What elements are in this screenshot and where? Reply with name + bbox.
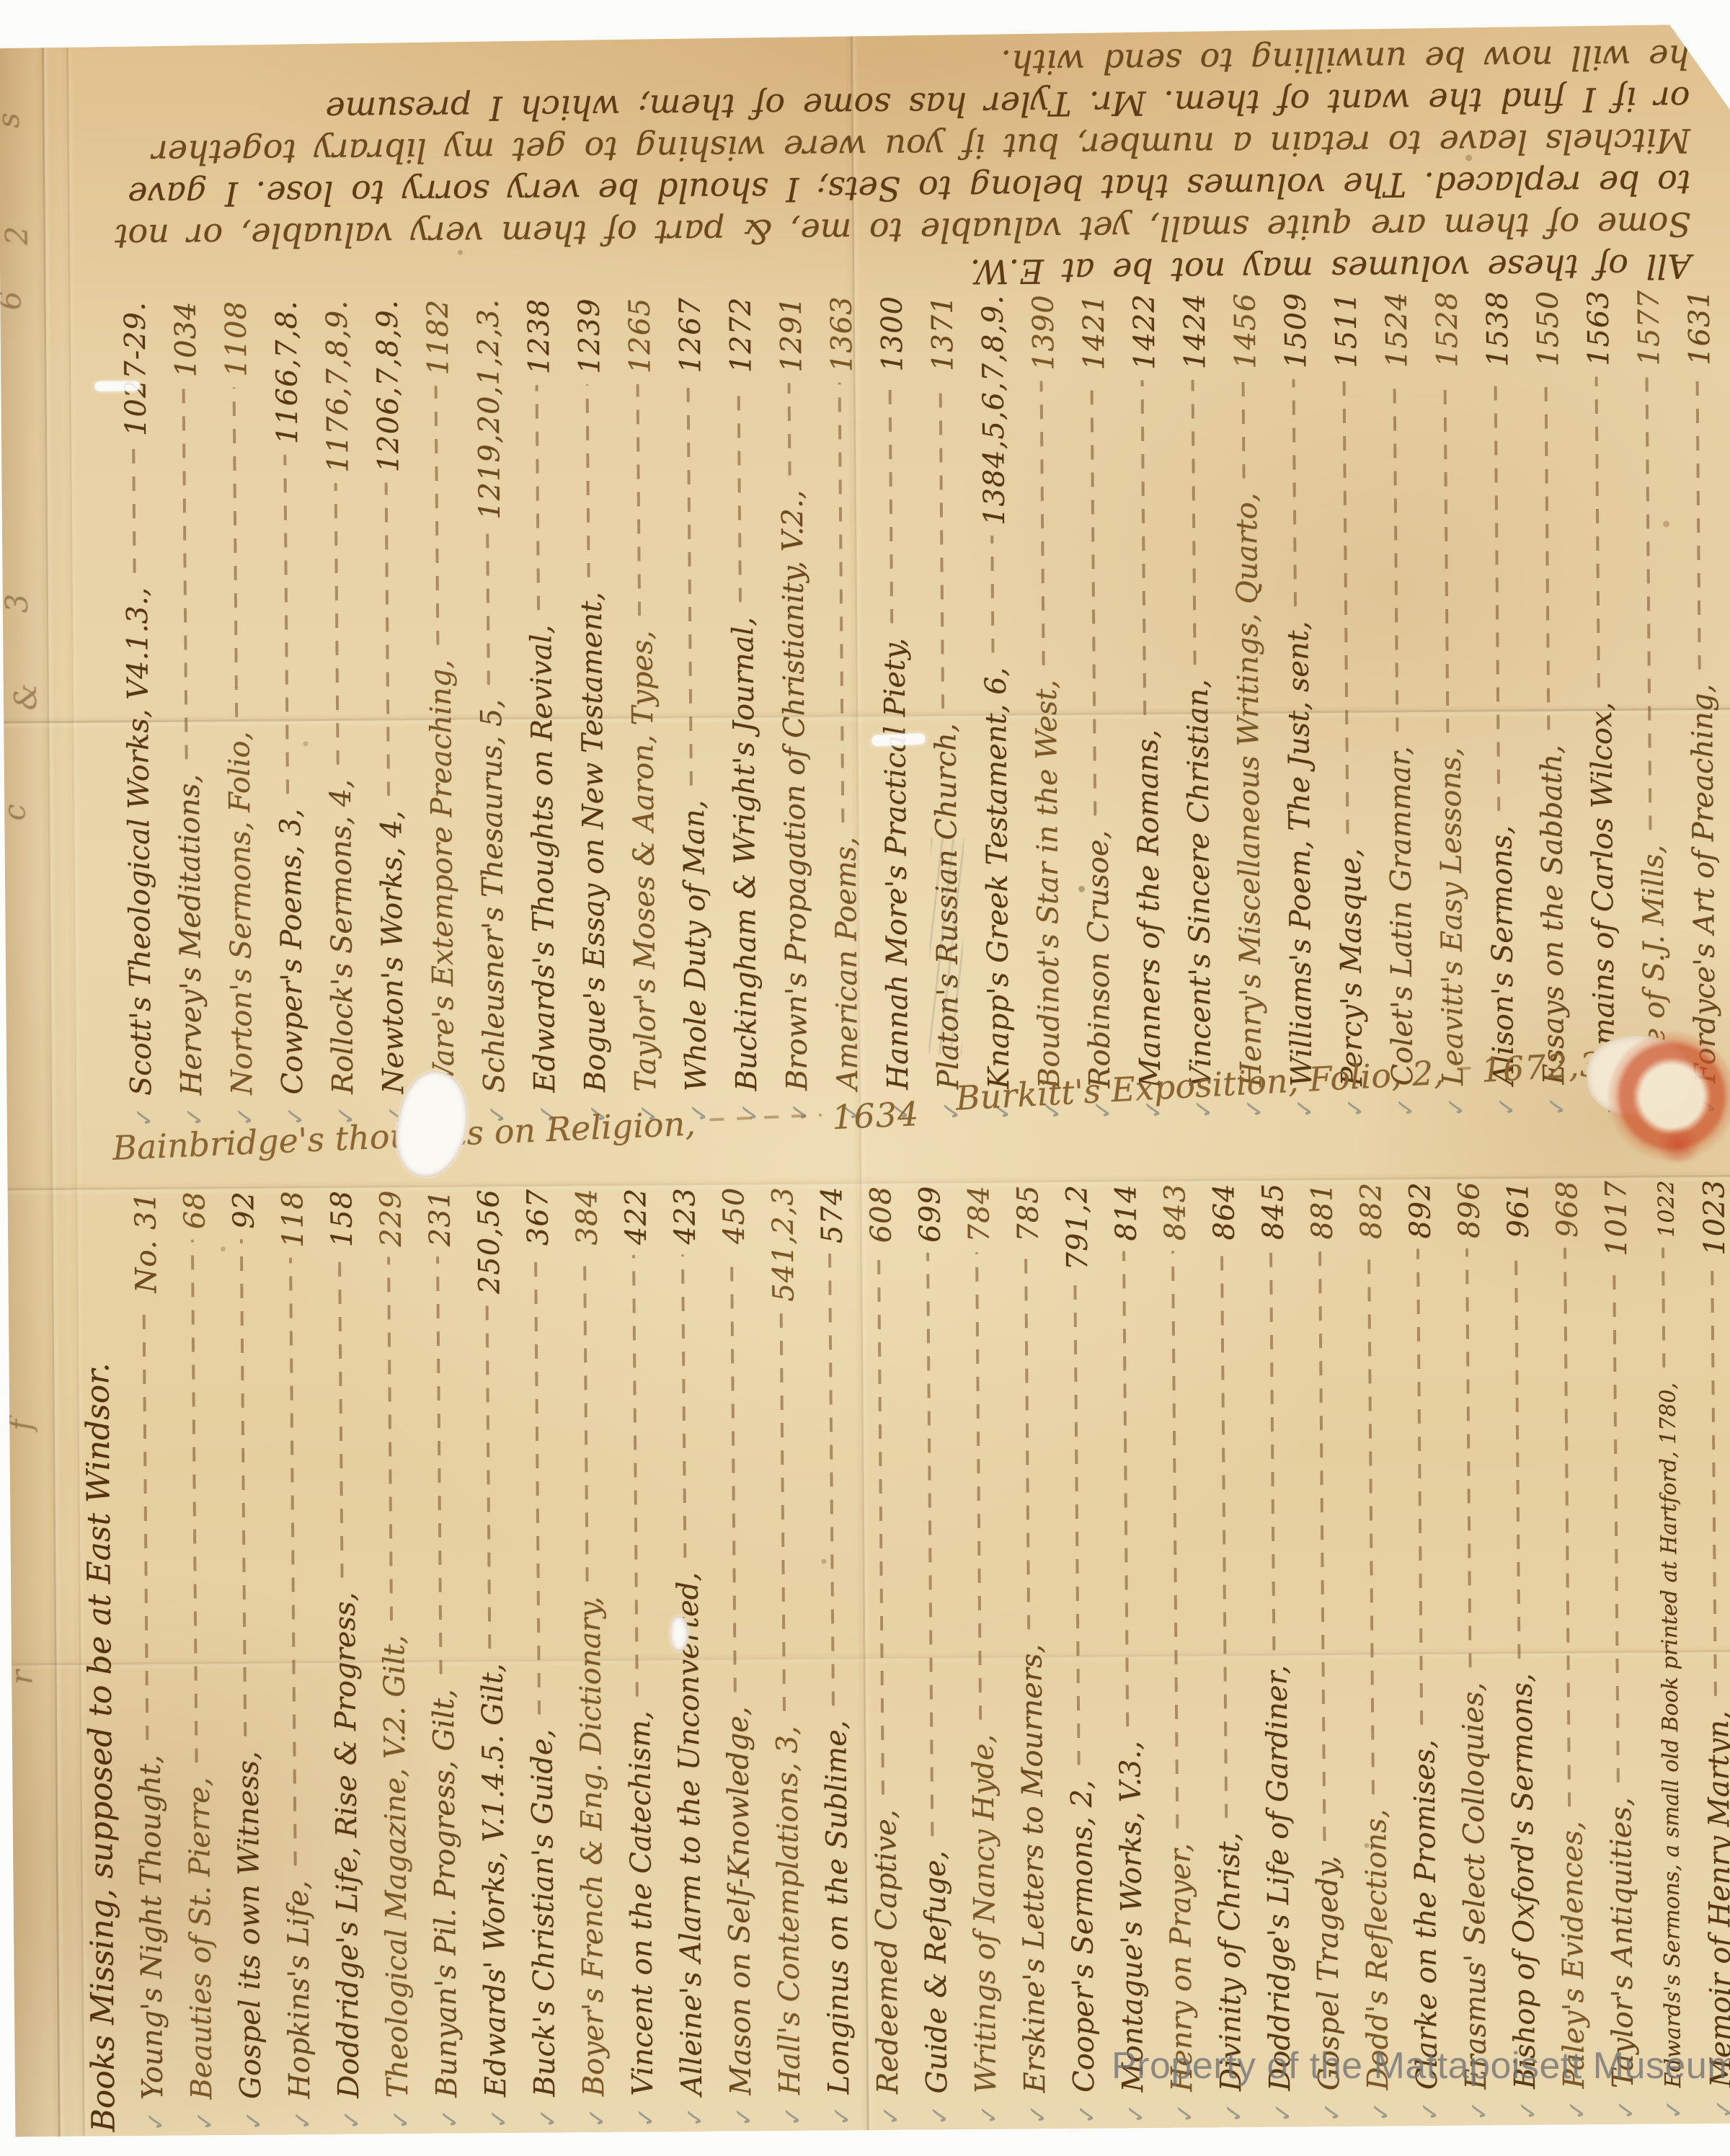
book-title: Clarke on the Promises, — [1400, 1739, 1452, 2090]
checkmark-icon: ✓ — [1357, 2090, 1406, 2122]
dash-leader — [709, 1114, 822, 1122]
list-item: ✓ Henry's Miscellaneous Writings, Quarto… — [1220, 293, 1277, 1119]
checkmark-icon: ✓ — [1063, 2093, 1112, 2125]
book-title: Henry's Miscellaneous Writings, Quarto, — [1222, 492, 1277, 1087]
catalogue-number: 1634 — [831, 1092, 921, 1139]
list-item: ✓ Manners of the Romans, 1422 — [1119, 293, 1176, 1120]
dash-leader — [1563, 1248, 1571, 1806]
book-title: Guide & Refuge, — [911, 1850, 962, 2094]
checkmark-icon: ✓ — [719, 2095, 768, 2127]
dash-leader — [939, 381, 945, 709]
book-title: Redeemed Captive, — [861, 1809, 913, 2094]
list-item: ✓ Leavitt's Easy Lessons, 1528 — [1422, 291, 1479, 1118]
dash-leader — [1458, 1067, 1470, 1070]
dash-leader — [1465, 1248, 1472, 1668]
checkmark-icon: ✓ — [866, 2094, 915, 2126]
catalogue-number: 896 — [1445, 1181, 1494, 1238]
dash-leader — [1646, 376, 1652, 830]
list-item: ✓ Ware's Extempore Preaching, 1182 — [413, 299, 470, 1126]
catalogue-number: 1456 — [1220, 293, 1272, 369]
book-title: Mason on Self-Knowledge, — [714, 1706, 766, 2095]
dash-leader — [1192, 379, 1197, 665]
dash-leader — [436, 1256, 443, 1674]
catalogue-number: 881 — [1297, 1182, 1347, 1240]
catalogue-number: 1509 — [1271, 292, 1322, 368]
dash-leader — [1696, 376, 1701, 670]
list-item: ✓ Scott's Theological Works, V4.1.3., 10… — [110, 301, 167, 1128]
book-title: Remains of Carlos Wilcox, — [1576, 701, 1630, 1084]
catalogue-number: 450 — [709, 1186, 759, 1244]
catalogue-number: 814 — [1101, 1184, 1151, 1241]
book-title: Fordyce's Art of Preaching, — [1677, 684, 1730, 1084]
book-title: Gospel its own Witness, — [223, 1751, 275, 2099]
list-item: ✓ Fordyce's Art of Preaching, 1631 — [1674, 289, 1730, 1116]
checkmark-icon: ✓ — [670, 2095, 719, 2128]
catalogue-number: 231 — [415, 1189, 465, 1247]
list-heading: Books Missing, supposed to be at East Wi… — [72, 1192, 128, 2131]
list-item: ✓ Williams's Poem, The Just, sent, 1509 — [1271, 292, 1328, 1119]
catalogue-number: 229 — [366, 1189, 416, 1247]
list-item: ✓ Life of S.J. Mills, 1577 — [1624, 289, 1681, 1116]
book-title: Edwards's Thoughts on Revival, — [516, 624, 570, 1093]
checkmark-icon: ✓ — [119, 1096, 169, 1128]
book-title: Robinson Crusoe, — [1073, 830, 1125, 1088]
checkmark-icon: ✓ — [1455, 2089, 1504, 2121]
catalogue-number: 250,56 — [464, 1189, 514, 1294]
dash-leader — [1171, 1251, 1179, 1829]
catalogue-number: 1239 — [564, 298, 616, 374]
book-title: Knapp's Greek Testament, 6, — [971, 667, 1025, 1089]
list-item: ✓ Rollock's Sermons, 4, 1176,7,8,9. — [312, 300, 369, 1127]
list-item: ✓ Memoir of Henry Martyn, 1023 — [1690, 1179, 1730, 2119]
dash-leader — [788, 383, 791, 476]
manuscript-paper: All of these volumes may not be at E.W.S… — [0, 25, 1730, 2137]
book-title: Brown's Propagation of Christianity, V.2… — [768, 489, 823, 1091]
list-item: ✓ Alison's Sermons, 1538 — [1473, 290, 1530, 1117]
checkmark-icon: ✓ — [964, 2093, 1013, 2126]
list-item: ✓ Vincent's Sincere Christian, 1424 — [1170, 293, 1227, 1119]
catalogue-number: 608 — [856, 1186, 906, 1243]
list-item: ✓ Clarke on the Promises, 892 — [1396, 1181, 1452, 2121]
dash-leader — [338, 1257, 343, 1578]
book-title: Alleine's Alarm to the Unconverted, — [664, 1572, 717, 2096]
list-item: ✓ Norton's Sermons, Folio, 1108 — [211, 301, 268, 1127]
dash-leader — [1242, 379, 1246, 479]
book-title: Schleusner's Thesaurus, 5, — [466, 699, 520, 1093]
book-title: Beauties of St. Pierre, — [175, 1777, 227, 2100]
book-title: Montague's Works, V.3., — [1106, 1741, 1158, 2093]
list-item: ✓ Montague's Works, V.3., 814 — [1101, 1184, 1158, 2124]
list-item: ✓ Beauties of St. Pierre, 68 — [170, 1191, 226, 2131]
catalogue-number: 1267 — [665, 297, 717, 373]
checkmark-icon: ✓ — [474, 2097, 523, 2129]
catalogue-number: No. 31 — [121, 1192, 171, 1293]
list-item: ✓ Edwards's Sermons, a small old Book pr… — [1641, 1179, 1697, 2119]
catalogue-number: 1166,7,8. — [262, 300, 314, 444]
dash-leader — [1073, 1280, 1080, 1765]
book-title: Young's Night Thought, — [125, 1754, 177, 2100]
dash-leader — [1318, 1250, 1326, 1842]
dash-leader — [486, 1304, 492, 1649]
book-title: Cooper's Sermons, 2, — [1057, 1780, 1109, 2093]
dash-leader — [1545, 377, 1551, 731]
checkmark-icon: ✓ — [278, 2098, 327, 2131]
book-title: Cowper's Poems, 3, — [265, 809, 318, 1095]
list-item: ✓ Guide & Refuge, 699 — [905, 1185, 962, 2125]
checkmark-icon: ✓ — [376, 2098, 425, 2130]
catalogue-number: 92 — [219, 1191, 268, 1229]
catalogue-number: 1034 — [161, 301, 212, 377]
dash-leader — [1292, 378, 1297, 606]
edge-fragment: r — [4, 1670, 39, 1685]
dash-leader — [1220, 1251, 1228, 1818]
catalogue-number: 1238 — [514, 298, 565, 374]
checkmark-icon: ✓ — [621, 2095, 670, 2128]
book-title: Bishop of Oxford's Sermons, — [1498, 1673, 1551, 2089]
catalogue-number: 1422 — [1119, 293, 1171, 370]
catalogue-number: 158 — [317, 1190, 367, 1248]
list-item: ✓ Taylor's Moses & Aaron, Types, 1265 — [615, 297, 672, 1124]
list-item: ✓ Hopkins's Life, 118 — [268, 1190, 324, 2130]
catalogue-number: 1511 — [1321, 292, 1372, 368]
dash-leader — [780, 1312, 786, 1712]
edge-fragment: c — [0, 804, 32, 821]
dash-leader — [1040, 381, 1045, 665]
list-item: ✓ Redeemed Captive, 608 — [856, 1186, 913, 2126]
list-item: ✓ Robinson Crusoe, 1421 — [1069, 293, 1126, 1120]
catalogue-number: 699 — [905, 1185, 955, 1243]
list-item: ✓ Buck's Christian's Guide, 367 — [513, 1189, 569, 2129]
dash-leader — [182, 387, 188, 760]
list-item: ✓ Vincent on the Catechism, 422 — [611, 1187, 667, 2127]
dash-leader — [334, 483, 340, 765]
dash-leader — [1416, 1249, 1423, 1726]
catalogue-number: 784 — [954, 1185, 1004, 1243]
book-title: Vincent's Sincere Christian, — [1173, 679, 1226, 1088]
catalogue-number: 1528 — [1422, 291, 1473, 368]
dash-leader — [385, 482, 390, 796]
dash-leader — [1613, 1266, 1620, 1783]
list-item: ✓ Cowper's Poems, 3, 1166,7,8. — [262, 300, 319, 1127]
book-title: Erskine's Letters to Mourners, — [1007, 1644, 1060, 2093]
book-title: Whole Duty of Man, — [669, 800, 722, 1092]
list-item: ✓ Hannah More's Practical Piety, 1300 — [867, 296, 924, 1122]
book-title: Edwards's Sermons, a small old Book prin… — [1643, 1383, 1698, 2088]
list-item: ✓ Gospel its own Witness, 92 — [219, 1191, 275, 2131]
dash-leader — [1514, 1248, 1520, 1659]
checkmark-icon: ✓ — [1532, 1084, 1582, 1117]
dash-leader — [990, 536, 994, 653]
list-item: ✓ Schleusner's Thesaurus, 5, 1219,20,1,2… — [463, 298, 520, 1125]
catalogue-number: 843 — [1150, 1184, 1200, 1241]
edge-fragment: s — [0, 112, 26, 128]
list-item: ✓ Colet's Latin Grammar, 1524 — [1372, 291, 1429, 1118]
book-list-part-1: Books Missing, supposed to be at East Wi… — [72, 1179, 1730, 2132]
catalogue-number: 1631 — [1674, 289, 1726, 365]
book-title: Longinus on the Sublime, — [812, 1720, 864, 2095]
catalogue-number: 1363 — [817, 296, 868, 372]
dash-leader — [583, 1256, 589, 1582]
dash-leader — [1091, 380, 1097, 815]
dash-leader — [632, 1255, 639, 1696]
book-title: Theological Magazine, V.2. Gilt, — [370, 1635, 422, 2098]
book-title: Scott's Theological Works, V4.1.3., — [112, 587, 167, 1096]
dash-leader — [387, 1257, 393, 1621]
museum-watermark: Property of the Mattapoisett Museum — [1112, 2044, 1730, 2088]
book-title: Bogue's Essay on New Testament, — [567, 592, 621, 1093]
book-title: Edwards' Works, V.1.4.5. Gilt, — [468, 1663, 520, 2097]
list-item: ✓ Alleine's Alarm to the Unconverted, 42… — [660, 1187, 717, 2127]
book-title: Boudinot's Star in the West, — [1021, 680, 1075, 1089]
catalogue-number: 1017 — [1592, 1180, 1641, 1256]
catalogue-number: 1300 — [867, 296, 918, 372]
book-title: Hopkins's Life, — [274, 1880, 324, 2098]
dash-leader — [289, 1258, 297, 1866]
catalogue-number: 384 — [562, 1188, 612, 1246]
catalogue-number: 845 — [1248, 1182, 1298, 1240]
dash-leader — [191, 1239, 198, 1762]
list-item: ✓ Boyer's French & Eng. Dictionary, 384 — [562, 1188, 618, 2128]
catalogue-number: 574 — [807, 1186, 857, 1243]
book-title: Manners of the Romans, — [1122, 729, 1176, 1088]
list-item: ✓ American Poems, 1363 — [817, 296, 874, 1122]
catalogue-number: 882 — [1347, 1181, 1396, 1239]
dash-leader — [926, 1253, 933, 1836]
catalogue-number: 1108 — [211, 301, 262, 377]
dash-leader — [1024, 1252, 1030, 1630]
book-title: Rollock's Sermons, 4, — [316, 779, 368, 1094]
checkmark-icon: ✓ — [425, 2097, 474, 2129]
catalogue-number: 1390 — [1019, 294, 1070, 371]
dash-leader — [877, 1253, 884, 1795]
dash-leader — [730, 1254, 737, 1692]
book-title: Buck's Christian's Guide, — [518, 1729, 569, 2097]
list-item: ✓ Remains of Carlos Wilcox, 1563 — [1574, 290, 1631, 1117]
list-item: ✓ Brown's Propagation of Christianity, V… — [766, 296, 823, 1123]
checkmark-icon: ✓ — [817, 2094, 866, 2126]
edge-fragment: 3 — [0, 593, 35, 613]
book-title: Percy's Masque, — [1326, 848, 1378, 1086]
book-title: Leavitt's Easy Lessons, — [1426, 747, 1479, 1086]
catalogue-number: 1424 — [1170, 293, 1221, 369]
book-title: Erasmus' Select Colloquies, — [1449, 1682, 1501, 2090]
book-title: Ware's Extempore Preaching, — [416, 660, 470, 1093]
dash-leader — [681, 1255, 686, 1558]
list-item: ✓ Whole Duty of Man, 1267 — [665, 297, 722, 1124]
dash-leader — [240, 1239, 247, 1736]
checkmark-icon: ✓ — [523, 2096, 572, 2129]
book-title: Hall's Contemplations, 3, — [763, 1726, 815, 2095]
list-item: ✓ Dodd's Reflections, 882 — [1347, 1181, 1403, 2121]
checkmark-icon: ✓ — [1210, 2091, 1259, 2124]
list-item: ✓ Bishop of Oxford's Sermons, 961 — [1494, 1181, 1550, 2121]
book-title: Memoir of Henry Martyn, — [1694, 1711, 1730, 2088]
list-item: ✓ Doddridge's Life of Gardiner, 845 — [1248, 1182, 1305, 2122]
dash-leader — [1595, 376, 1600, 688]
catalogue-number: 1538 — [1473, 290, 1524, 367]
book-title: Essays on the Sabbath, — [1527, 745, 1580, 1085]
catalogue-number: 1291 — [766, 296, 817, 373]
catalogue-number: 892 — [1396, 1181, 1445, 1239]
dash-leader — [283, 454, 289, 794]
checkmark-icon: ✓ — [229, 2099, 278, 2131]
checkmark-icon: ✓ — [1602, 2088, 1651, 2121]
dash-leader — [838, 382, 845, 822]
checkmark-icon: ✓ — [1013, 2093, 1063, 2125]
book-title: Writings of Nancy Hyde, — [959, 1734, 1011, 2094]
catalogue-number: 422 — [611, 1187, 661, 1245]
dash-leader — [737, 383, 742, 603]
list-item: ✓ Mason on Self-Knowledge, 450 — [709, 1186, 766, 2126]
dash-leader — [1444, 378, 1450, 733]
dash-leader — [486, 530, 490, 685]
checkmark-icon: ✓ — [1259, 2090, 1308, 2123]
catalogue-number: 791,2 — [1052, 1184, 1102, 1271]
checkmark-icon: ✓ — [1112, 2092, 1161, 2124]
scanned-manuscript-screenshot: { "marks": { "check": "✓" }, "watermark"… — [0, 0, 1730, 2156]
book-title: American Poems, — [821, 837, 874, 1091]
catalogue-number: 1577 — [1624, 289, 1675, 365]
list-item: ✓ Hervey's Meditations, 1034 — [161, 301, 218, 1127]
scan-glare — [95, 381, 140, 391]
checkmark-icon: ✓ — [1161, 2091, 1210, 2124]
book-title: Colet's Latin Grammar, — [1375, 746, 1429, 1086]
catalogue-number: 367 — [513, 1189, 563, 1246]
list-item: ✓ Erasmus' Select Colloquies, 896 — [1445, 1181, 1501, 2121]
book-list-part-2: ✓ Scott's Theological Works, V4.1.3., 10… — [110, 289, 1730, 1128]
list-item: ✓ Longinus on the Sublime, 574 — [807, 1186, 864, 2126]
edge-fragment: 6 — [0, 290, 28, 310]
list-item: ✓ Gospel Tragedy, 881 — [1297, 1182, 1354, 2122]
dash-leader — [1122, 1251, 1129, 1726]
book-title: Hervey's Meditations, — [164, 774, 217, 1096]
book-title: Boyer's French & Eng. Dictionary, — [566, 1596, 618, 2096]
edge-fragment: f — [3, 1419, 38, 1431]
checkmark-icon: ✓ — [1553, 2088, 1602, 2121]
dash-leader — [586, 384, 590, 577]
catalogue-number: 1524 — [1372, 291, 1423, 368]
checkmark-icon: ✓ — [1406, 2090, 1455, 2122]
checkmark-icon: ✓ — [768, 2095, 817, 2127]
dash-leader — [636, 383, 642, 616]
catalogue-number: 541,2,3 — [758, 1186, 808, 1302]
book-title: Newton's Works, 4, — [366, 810, 419, 1094]
dash-leader — [1662, 1248, 1665, 1368]
list-item: ✓ Taylor's Antiquities, 1017 — [1592, 1180, 1648, 2120]
list-item: ✓ Divinity of Christ, 864 — [1199, 1183, 1256, 2123]
dash-leader — [435, 386, 440, 645]
dash-leader — [1367, 1249, 1375, 1795]
dash-leader — [534, 1256, 541, 1715]
book-title: Buckingham & Wright's Journal, — [718, 617, 772, 1091]
list-item: ✓ Bunyan's Pil. Progress, Gilt, 231 — [415, 1189, 471, 2129]
catalogue-number: 1022 — [1642, 1179, 1692, 1238]
list-item: ✓ Henry on Prayer, 843 — [1150, 1184, 1207, 2124]
dash-leader — [687, 383, 693, 786]
catalogue-number: 1421 — [1069, 293, 1120, 370]
list-item: ✓ Edwards's Thoughts on Revival, 1238 — [514, 298, 571, 1124]
list-item: ✓ Paley's Evidences, 968 — [1543, 1180, 1599, 2120]
catalogue-number: 1265 — [615, 297, 666, 373]
catalogue-number: 1176,7,8,9. — [312, 300, 364, 474]
dash-leader — [1393, 378, 1399, 732]
catalogue-number: 785 — [1003, 1184, 1053, 1242]
dash-leader — [828, 1254, 835, 1706]
list-item: ✓ Buckingham & Wright's Journal, 1272 — [716, 296, 773, 1123]
catalogue-number: 68 — [170, 1191, 219, 1229]
catalogue-number: 1384,5,6,7,8,9. — [968, 294, 1021, 525]
catalogue-number: 1272 — [716, 296, 767, 373]
book-title: Vincent on the Catechism, — [616, 1711, 667, 2096]
dash-leader — [536, 385, 540, 611]
list-item: ✓ Edwards' Works, V.1.4.5. Gilt, 250,56 — [464, 1189, 520, 2129]
book-title: Taylor's Moses & Aaron, Types, — [617, 630, 671, 1092]
dash-leader — [233, 387, 239, 717]
catalogue-number: 1027-29. — [110, 301, 161, 436]
catalogue-number: 1023 — [1690, 1179, 1730, 1256]
catalogue-number: 423 — [660, 1187, 710, 1245]
list-item: ✓ Bogue's Essay on New Testament, 1239 — [564, 298, 621, 1124]
catalogue-number: 118 — [268, 1190, 318, 1248]
catalogue-number: 968 — [1543, 1180, 1592, 1238]
dash-leader — [889, 382, 894, 624]
book-title: Doddridge's Life of Gardiner, — [1253, 1665, 1305, 2091]
dash-leader — [1494, 377, 1501, 811]
checkmark-icon: ✓ — [1308, 2090, 1357, 2123]
dash-leader — [975, 1252, 982, 1720]
book-title: Norton's Sermons, Folio, — [214, 731, 267, 1095]
dash-leader — [1269, 1250, 1275, 1651]
book-title: Bunyan's Pil. Progress, Gilt, — [420, 1689, 471, 2098]
list-item: ✓ Erskine's Letters to Mourners, 785 — [1003, 1184, 1060, 2124]
dash-leader — [1141, 380, 1147, 715]
list-item: ✓ Young's Night Thought, No. 31 — [121, 1192, 177, 2131]
dash-leader — [132, 446, 136, 573]
dash-leader — [143, 1303, 149, 1741]
scan-glare — [871, 733, 926, 746]
list-item: ✓ Boudinot's Star in the West, 1390 — [1019, 294, 1075, 1121]
checkmark-icon: ✓ — [180, 2099, 229, 2131]
list-item: ✓ Knapp's Greek Testament, 6, 1384,5,6,7… — [968, 294, 1025, 1121]
edge-fragment: 2 — [0, 226, 35, 245]
dash-leader — [1343, 378, 1349, 834]
catalogue-number: 1206,7,8,9. — [363, 299, 414, 473]
catalogue-number: 1550 — [1523, 290, 1574, 366]
list-item: ✓ Cooper's Sermons, 2, 791,2 — [1052, 1184, 1109, 2124]
book-title: Hannah More's Practical Piety, — [869, 638, 923, 1091]
book-title: Doddridge's Life, Rise & Progress, — [321, 1592, 374, 2099]
list-item: ✓ Newton's Works, 4, 1206,7,8,9. — [363, 299, 420, 1126]
list-item: ✓ Theological Magazine, V.2. Gilt, 229 — [366, 1189, 422, 2129]
pencil-scribble — [928, 838, 964, 1054]
list-item: ✓ Writings of Nancy Hyde, 784 — [954, 1185, 1011, 2125]
checkmark-icon: ✓ — [572, 2096, 621, 2129]
checkmark-icon: ✓ — [1700, 2088, 1730, 2120]
checkmark-icon: ✓ — [327, 2098, 376, 2131]
list-item: ✓ Percy's Masque, 1511 — [1321, 292, 1378, 1119]
dash-leader — [1711, 1266, 1717, 1697]
checkmark-icon: ✓ — [1649, 2088, 1698, 2120]
list-item: ✓ Essays on the Sabbath, 1550 — [1523, 290, 1580, 1117]
catalogue-number: 1563 — [1574, 290, 1625, 366]
checkmark-icon: ✓ — [131, 2100, 180, 2132]
paper-hole-small — [670, 1615, 688, 1651]
checkmark-icon: ✓ — [915, 2093, 964, 2126]
catalogue-number: 1219,20,1,2,3. — [463, 298, 515, 520]
catalogue-number: 961 — [1494, 1181, 1543, 1238]
list-item: ✓ Hall's Contemplations, 3, 541,2,3 — [758, 1186, 815, 2126]
list-item: ✓ Doddridge's Life, Rise & Progress, 158 — [317, 1190, 373, 2130]
